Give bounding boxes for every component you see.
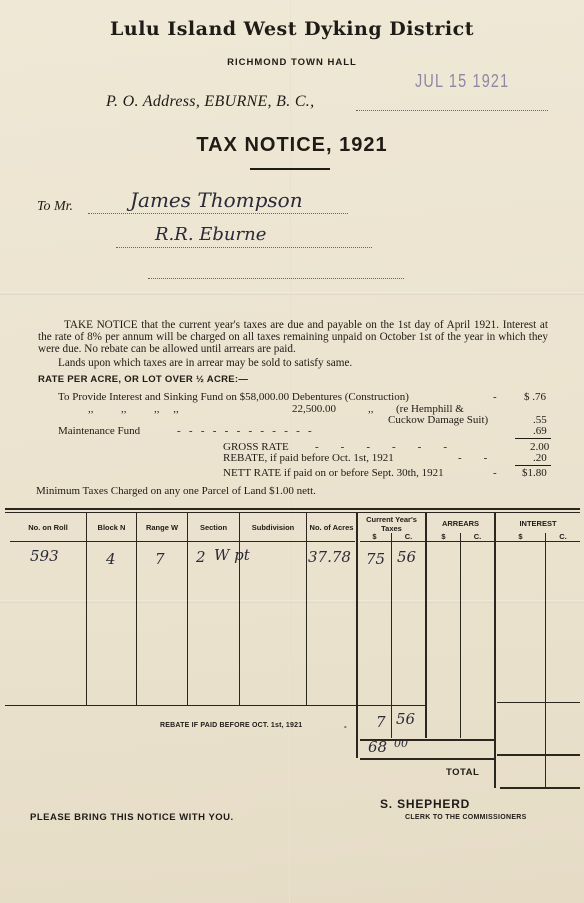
col-divider	[391, 533, 392, 738]
dollars-subheader: $	[358, 532, 391, 541]
addressee-address: R.R. Eburne	[155, 224, 266, 245]
notice-paragraph: TAKE NOTICE that the current year's taxe…	[38, 319, 548, 355]
net-rule	[360, 758, 494, 760]
dotted-line	[88, 213, 348, 214]
clerk-name: S. SHEPHERD	[380, 797, 470, 811]
col-header-current-taxes: Current Year's Taxes	[358, 515, 425, 533]
bring-notice-instruction: PLEASE BRING THIS NOTICE WITH YOU.	[30, 812, 234, 823]
ditto-marks: ,,	[368, 403, 374, 415]
cell-subdivision: W pt	[214, 546, 250, 564]
cell-taxes-dollars: 75	[366, 550, 385, 568]
nett-rate-value: $1.80	[522, 467, 547, 479]
dashes: - - - - - - - - - - - -	[177, 425, 312, 437]
cell-range: 7	[155, 550, 165, 568]
cell-section: 2	[196, 548, 206, 566]
header-rule	[10, 541, 355, 542]
sum-rule	[515, 465, 551, 466]
cents-subheader: C.	[461, 532, 494, 541]
cell-rebate-dollars: 7	[376, 713, 386, 731]
rates-heading: RATE PER ACRE, OR LOT OVER ½ ACRE:—	[38, 374, 248, 385]
cents-subheader: C.	[546, 532, 580, 541]
nett-rate-label: NETT RATE if paid on or before Sept. 30t…	[223, 467, 444, 479]
dash: -	[344, 722, 347, 731]
col-divider	[460, 533, 461, 738]
rate-value-maintenance: .69	[533, 425, 547, 437]
col-header-arrears: ARREARS	[427, 519, 494, 528]
rebate-rate-label: REBATE, if paid before Oct. 1st, 1921	[223, 452, 394, 464]
date-stamp: JUL 15 1921	[415, 71, 509, 92]
header-rule	[360, 541, 580, 542]
dash: -	[493, 467, 497, 479]
rate-desc-damage-2: Cuckow Damage Suit)	[388, 414, 488, 426]
col-header-block: Block N	[87, 523, 136, 532]
total-rule	[500, 787, 580, 789]
organization-title: Lulu Island West Dyking District	[0, 18, 584, 40]
arrears-paragraph: Lands upon which taxes are in arrear may…	[58, 357, 538, 369]
dotted-line	[116, 247, 372, 248]
interest-rule	[497, 702, 580, 703]
paper-fold	[0, 600, 584, 603]
rate-amount-damage: 22,500.00	[292, 403, 336, 415]
col-header-interest: INTEREST	[496, 519, 580, 528]
rate-value-construction: $ .76	[524, 391, 546, 403]
clerk-title: CLERK TO THE COMMISSIONERS	[405, 814, 527, 821]
dotted-line	[356, 110, 548, 111]
cell-rebate-cents: 56	[396, 710, 415, 728]
total-label: TOTAL	[446, 767, 479, 778]
minimum-tax-note: Minimum Taxes Charged on any one Parcel …	[36, 485, 316, 497]
col-divider	[545, 533, 546, 788]
addressee-prefix: To Mr.	[37, 199, 73, 215]
cell-taxes-cents: 56	[397, 548, 416, 566]
po-address: P. O. Address, EBURNE, B. C.,	[106, 93, 314, 111]
col-header-section: Section	[188, 523, 239, 532]
cell-net-cents: 00	[394, 737, 408, 750]
paper-fold	[0, 292, 584, 295]
addressee-name: James Thompson	[130, 188, 303, 212]
cents-subheader: C.	[392, 532, 425, 541]
row-bottom-rule	[5, 705, 357, 706]
dollars-subheader: $	[496, 532, 545, 541]
rebate-rate-value: .20	[533, 452, 547, 464]
rebate-row-label: REBATE IF PAID BEFORE OCT. 1st, 1921	[160, 722, 302, 729]
rate-item-maintenance: Maintenance Fund	[58, 425, 140, 437]
cell-block: 4	[106, 550, 116, 568]
col-divider	[425, 513, 427, 738]
dotted-line	[148, 278, 404, 279]
row-bottom-rule	[357, 705, 425, 706]
col-header-subdivision: Subdivision	[240, 523, 306, 532]
dash: -	[493, 391, 497, 403]
dollars-subheader: $	[427, 532, 460, 541]
sum-rule	[515, 438, 551, 439]
title-rule	[250, 168, 330, 170]
col-divider	[494, 513, 496, 788]
cell-net-dollars: 68	[368, 738, 387, 756]
ditto-marks: ,, ,, ,, ,,	[88, 403, 179, 415]
table-top-rule	[5, 508, 580, 510]
interest-rule	[497, 754, 580, 756]
cell-acres: 37.78	[308, 548, 351, 566]
rate-item-construction: To Provide Interest and Sinking Fund on …	[58, 391, 409, 403]
col-header-roll: No. on Roll	[10, 523, 86, 532]
cell-roll-number: 593	[30, 547, 59, 565]
col-divider	[356, 513, 358, 758]
subheading: RICHMOND TOWN HALL	[0, 57, 584, 68]
col-header-range: Range W	[137, 523, 187, 532]
col-header-acres: No. of Acres	[307, 523, 356, 532]
notice-title: TAX NOTICE, 1921	[0, 134, 584, 157]
dashes: - -	[458, 452, 487, 464]
